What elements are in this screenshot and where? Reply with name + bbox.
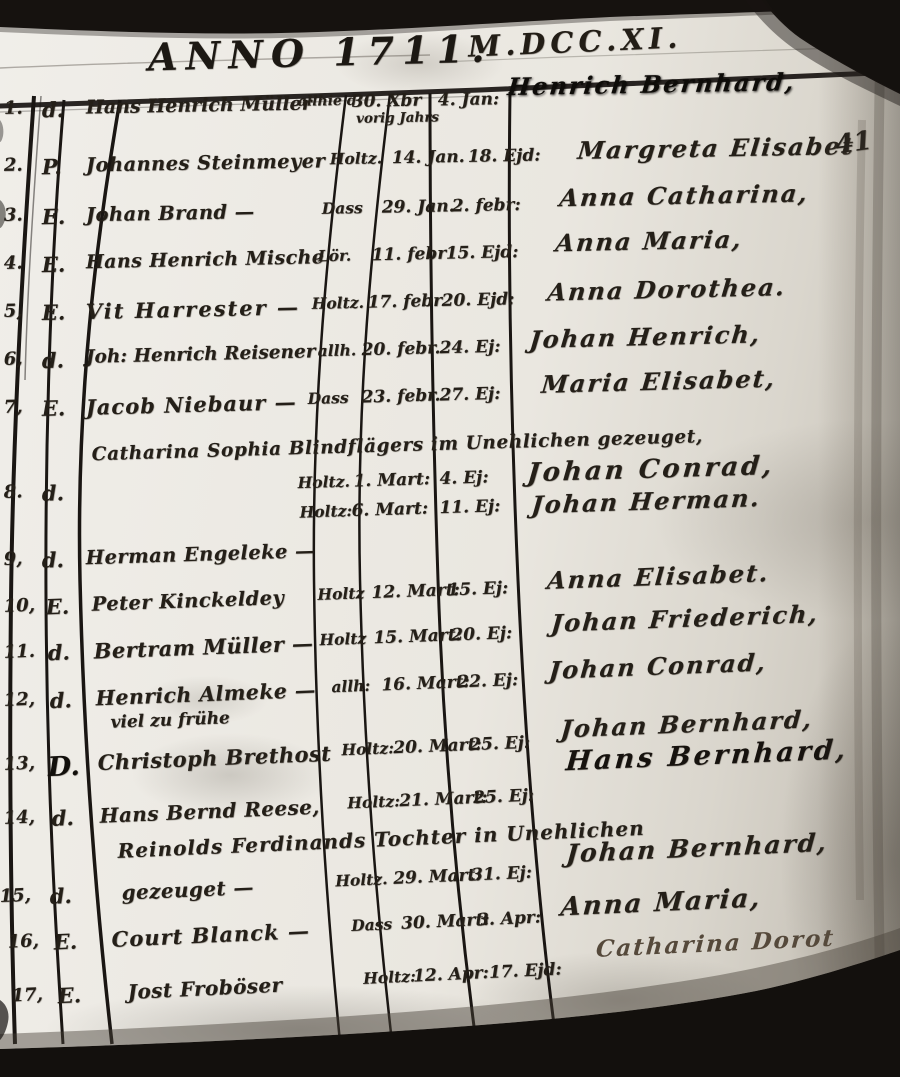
scan-edge-shadows-svg	[0, 0, 900, 1077]
register-page-scan: ANNO 1711. M.DCC.XI. 1. d. Hans Henrich …	[0, 0, 900, 1077]
